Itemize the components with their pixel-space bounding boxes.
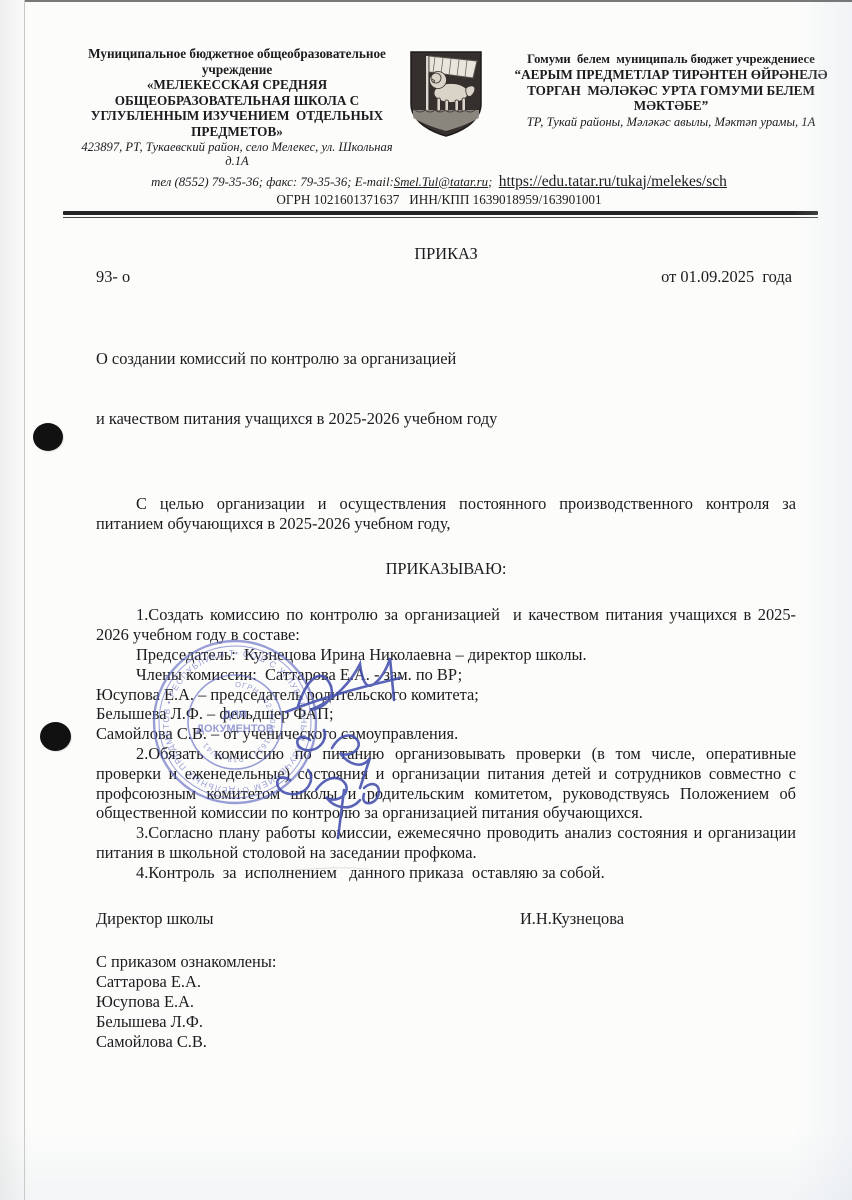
letterhead-russian: Муниципальное бюджетное общеобразователь… bbox=[78, 46, 396, 169]
commission-member: Самойлова С.В. – от ученического самоупр… bbox=[96, 724, 796, 744]
order-title: ПРИКАЗ bbox=[96, 244, 796, 264]
acknowledgment-block: С приказом ознакомлены: Саттарова Е.А. Ю… bbox=[96, 952, 796, 1052]
divider-thick-line bbox=[63, 211, 818, 215]
hole-punch-bottom bbox=[40, 722, 71, 751]
order-item-3: 3.Согласно плану работы комиссии, ежемес… bbox=[96, 823, 796, 863]
signer-position: Директор школы bbox=[96, 909, 214, 929]
order-item-2: 2.Обязать комиссию по питанию организовы… bbox=[96, 744, 796, 823]
letterhead-tatar: Гомуми белем муниципаль бюджет учреждени… bbox=[496, 46, 846, 130]
org-name-tat-line: “АЕРЫМ ПРЕДМЕТЛАР ТИРӘНТЕН ӨЙРӘНЕЛӘ bbox=[496, 67, 846, 83]
acknowledgment-name: Белышева Л.Ф. bbox=[96, 1012, 796, 1032]
order-item-1: 1.Создать комиссию по контролю за органи… bbox=[96, 605, 796, 645]
org-name-tat-line: ТОРГАН МӘЛӘКӘС УРТА ГОМУМИ БЕЛЕМ МӘКТӘБЕ… bbox=[496, 83, 846, 114]
website-url-text: https://edu.tatar.ru/tukaj/melekes/sch bbox=[499, 173, 727, 190]
letterhead-divider bbox=[63, 211, 818, 219]
org-address-ru: д.1А bbox=[78, 154, 396, 169]
org-name-ru-line: Муниципальное бюджетное общеобразователь… bbox=[78, 46, 396, 62]
signer-name: И.Н.Кузнецова bbox=[520, 909, 624, 929]
order-item-4: 4.Контроль за исполнением данного приказ… bbox=[96, 863, 796, 883]
decree-word: ПРИКАЗЫВАЮ: bbox=[96, 559, 796, 579]
org-address-ru: 423897, РТ, Тукаевский район, село Мелек… bbox=[78, 140, 396, 155]
order-number-date-row: 93- о от 01.09.2025 года bbox=[96, 267, 796, 287]
order-date: от 01.09.2025 года bbox=[661, 267, 792, 287]
acknowledgment-name: Саттарова Е.А. bbox=[96, 972, 796, 992]
org-name-ru-line: учреждение bbox=[78, 62, 396, 78]
commission-member: Члены комиссии: Саттарова Е.А. - зам. по… bbox=[96, 665, 796, 685]
org-name-ru-line: «МЕЛЕКЕССКАЯ СРЕДНЯЯ bbox=[78, 77, 396, 93]
acknowledgment-name: Самойлова С.В. bbox=[96, 1032, 796, 1052]
phone-fax-text: тел (8552) 79-35-36; факс: 79-35-36; E-m… bbox=[151, 175, 394, 189]
acknowledgment-title: С приказом ознакомлены: bbox=[96, 952, 796, 972]
order-items: 1.Создать комиссию по контролю за органи… bbox=[96, 605, 796, 882]
scan-top-edge bbox=[24, 0, 852, 2]
commission-chair: Председатель: Кузнецова Ирина Николаевна… bbox=[96, 645, 796, 665]
order-body: ПРИКАЗ 93- о от 01.09.2025 года О создан… bbox=[96, 244, 796, 1052]
separator-text: ; bbox=[488, 175, 499, 189]
ogrn-inn-line: ОГРН 1021601371637 ИНН/КПП 1639018959/16… bbox=[62, 192, 816, 208]
org-address-tat: ТР, Тукай районы, Мәләкәс авылы, Мәктәп … bbox=[496, 115, 846, 130]
divider-thin-line bbox=[63, 217, 818, 219]
order-subject: О создании комиссий по контролю за орган… bbox=[96, 310, 796, 468]
coat-of-arms-lion-with-flag-icon bbox=[405, 48, 487, 140]
contact-line: тел (8552) 79-35-36; факс: 79-35-36; E-m… bbox=[62, 173, 816, 191]
order-number: 93- о bbox=[96, 267, 130, 287]
preamble: С целью организации и осуществления пост… bbox=[96, 494, 796, 534]
org-name-tat-line: Гомуми белем муниципаль бюджет учреждени… bbox=[496, 52, 846, 67]
subject-line: и качеством питания учащихся в 2025-2026… bbox=[96, 409, 796, 429]
org-name-ru-line: УГЛУБЛЕННЫМ ИЗУЧЕНИЕМ ОТДЕЛЬНЫХ bbox=[78, 108, 396, 124]
subject-line: О создании комиссий по контролю за орган… bbox=[96, 349, 796, 369]
hole-punch-top bbox=[33, 423, 63, 451]
emblem bbox=[396, 46, 496, 140]
org-name-ru-line: ПРЕДМЕТОВ» bbox=[78, 124, 396, 140]
commission-member: Юсупова Е.А. – председатель родительског… bbox=[96, 685, 796, 705]
letterhead: Муниципальное бюджетное общеобразователь… bbox=[78, 46, 846, 169]
org-name-ru-line: ОБЩЕОБРАЗОВАТЕЛЬНАЯ ШКОЛА С bbox=[78, 93, 396, 109]
acknowledgment-name: Юсупова Е.А. bbox=[96, 992, 796, 1012]
commission-member: Белышева Л.Ф. – фельдшер ФАП; bbox=[96, 704, 796, 724]
email-text: Smel.Tul@tatar.ru bbox=[394, 175, 488, 189]
scan-left-edge bbox=[24, 0, 25, 1200]
signature-row: Директор школы И.Н.Кузнецова bbox=[96, 909, 796, 929]
